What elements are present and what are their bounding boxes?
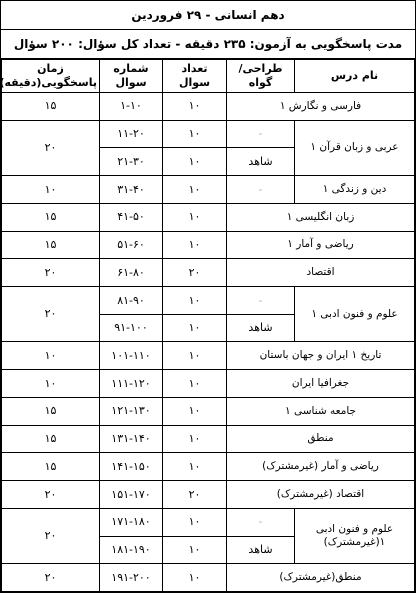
course-name-cell: زبان انگلیسی ۱: [227, 203, 415, 231]
answer-time-cell: ۱۵: [2, 203, 100, 231]
question-range-cell: ۱۲۱-۱۳۰: [100, 397, 163, 425]
table-row: علوم و فنون ادبی ۱(غیرمشترک)-۱۰۱۷۱-۱۸۰۲۰: [2, 508, 415, 536]
question-count-cell: ۱۰: [163, 536, 227, 564]
designer-witness-cell: -: [227, 176, 295, 204]
course-name-cell: جامعه شناسی ۱: [227, 397, 415, 425]
exam-subtitle: مدت پاسخگویی به آزمون: ۲۳۵ دقیقه - تعداد…: [1, 30, 415, 59]
question-range-cell: ۱۳۱-۱۴۰: [100, 425, 163, 453]
question-range-cell: ۱۵۱-۱۷۰: [100, 481, 163, 509]
question-range-cell: ۶۱-۸۰: [100, 259, 163, 287]
course-name-cell: عربی و زبان قرآن ۱: [295, 120, 415, 175]
designer-witness-cell: شاهد: [227, 314, 295, 342]
question-range-cell: ۵۱-۶۰: [100, 231, 163, 259]
course-name-cell: ریاضی و آمار (غیرمشترک): [227, 453, 415, 481]
answer-time-cell: ۱۰: [2, 176, 100, 204]
question-range-cell: ۴۱-۵۰: [100, 203, 163, 231]
table-row: علوم و فنون ادبی ۱-۱۰۸۱-۹۰۲۰: [2, 287, 415, 315]
question-count-cell: ۱۰: [163, 148, 227, 176]
course-name-cell: منطق: [227, 425, 415, 453]
table-row: دین و زندگی ۱-۱۰۳۱-۴۰۱۰: [2, 176, 415, 204]
table-row: اقتصاد۲۰۶۱-۸۰۲۰: [2, 259, 415, 287]
table-row: عربی و زبان قرآن ۱-۱۰۱۱-۲۰۲۰: [2, 120, 415, 148]
exam-schedule-table: نام درس طراحی/گواه تعداد سوال شماره سوال…: [1, 59, 415, 592]
header-question-number: شماره سوال: [100, 60, 163, 93]
answer-time-cell: ۱۵: [2, 397, 100, 425]
question-range-cell: ۳۱-۴۰: [100, 176, 163, 204]
question-range-cell: ۱۰۱-۱۱۰: [100, 342, 163, 370]
header-designer-witness: طراحی/گواه: [227, 60, 295, 93]
question-count-cell: ۱۰: [163, 176, 227, 204]
answer-time-cell: ۱۵: [2, 425, 100, 453]
course-name-cell: علوم و فنون ادبی ۱(غیرمشترک): [295, 508, 415, 563]
designer-witness-cell: -: [227, 287, 295, 315]
answer-time-cell: ۱۵: [2, 231, 100, 259]
table-row: جامعه شناسی ۱۱۰۱۲۱-۱۳۰۱۵: [2, 397, 415, 425]
course-name-cell: اقتصاد: [227, 259, 415, 287]
table-row: منطق۱۰۱۳۱-۱۴۰۱۵: [2, 425, 415, 453]
question-count-cell: ۱۰: [163, 564, 227, 592]
question-range-cell: ۱۱۱-۱۲۰: [100, 370, 163, 398]
course-name-cell: ریاضی و آمار ۱: [227, 231, 415, 259]
question-count-cell: ۱۰: [163, 93, 227, 121]
question-count-cell: ۲۰: [163, 481, 227, 509]
answer-time-cell: ۲۰: [2, 564, 100, 592]
question-count-cell: ۱۰: [163, 314, 227, 342]
designer-witness-cell: -: [227, 508, 295, 536]
question-count-cell: ۱۰: [163, 287, 227, 315]
course-name-cell: تاریخ ۱ ایران و جهان باستان: [227, 342, 415, 370]
course-name-cell: فارسی و نگارش ۱: [227, 93, 415, 121]
table-row: تاریخ ۱ ایران و جهان باستان۱۰۱۰۱-۱۱۰۱۰: [2, 342, 415, 370]
table-row: اقتصاد (غیرمشترک)۲۰۱۵۱-۱۷۰۲۰: [2, 481, 415, 509]
question-count-cell: ۱۰: [163, 342, 227, 370]
question-range-cell: ۱۸۱-۱۹۰: [100, 536, 163, 564]
answer-time-cell: ۱۵: [2, 453, 100, 481]
exam-schedule-sheet: دهم انسانی - ۲۹ فروردین مدت پاسخگویی به …: [0, 0, 416, 593]
question-count-cell: ۱۰: [163, 453, 227, 481]
question-count-cell: ۱۰: [163, 370, 227, 398]
answer-time-cell: ۲۰: [2, 508, 100, 563]
designer-witness-cell: شاهد: [227, 148, 295, 176]
answer-time-cell: ۲۰: [2, 120, 100, 175]
designer-witness-cell: شاهد: [227, 536, 295, 564]
answer-time-cell: ۱۰: [2, 342, 100, 370]
question-range-cell: ۱۹۱-۲۰۰: [100, 564, 163, 592]
answer-time-cell: ۱۵: [2, 93, 100, 121]
answer-time-cell: ۲۰: [2, 259, 100, 287]
question-count-cell: ۱۰: [163, 508, 227, 536]
table-row: زبان انگلیسی ۱۱۰۴۱-۵۰۱۵: [2, 203, 415, 231]
question-count-cell: ۱۰: [163, 425, 227, 453]
course-name-cell: علوم و فنون ادبی ۱: [295, 287, 415, 342]
table-row: ریاضی و آمار ۱۱۰۵۱-۶۰۱۵: [2, 231, 415, 259]
question-range-cell: ۸۱-۹۰: [100, 287, 163, 315]
question-count-cell: ۱۰: [163, 231, 227, 259]
course-name-cell: جغرافیا ایران: [227, 370, 415, 398]
question-count-cell: ۲۰: [163, 259, 227, 287]
table-row: فارسی و نگارش ۱۱۰۱-۱۰۱۵: [2, 93, 415, 121]
table-row: ریاضی و آمار (غیرمشترک)۱۰۱۴۱-۱۵۰۱۵: [2, 453, 415, 481]
table-header-row: نام درس طراحی/گواه تعداد سوال شماره سوال…: [2, 60, 415, 93]
table-row: جغرافیا ایران۱۰۱۱۱-۱۲۰۱۰: [2, 370, 415, 398]
question-range-cell: ۹۱-۱۰۰: [100, 314, 163, 342]
answer-time-cell: ۱۰: [2, 370, 100, 398]
header-course-name: نام درس: [295, 60, 415, 93]
header-answer-time: زمان پاسخگویی(دقیقه): [2, 60, 100, 93]
course-table-body: فارسی و نگارش ۱۱۰۱-۱۰۱۵عربی و زبان قرآن …: [2, 93, 415, 592]
question-count-cell: ۱۰: [163, 397, 227, 425]
question-range-cell: ۱۷۱-۱۸۰: [100, 508, 163, 536]
course-name-cell: منطق(غیرمشترک): [227, 564, 415, 592]
course-name-cell: دین و زندگی ۱: [295, 176, 415, 204]
question-count-cell: ۱۰: [163, 120, 227, 148]
question-range-cell: ۲۱-۳۰: [100, 148, 163, 176]
answer-time-cell: ۲۰: [2, 481, 100, 509]
header-question-count: تعداد سوال: [163, 60, 227, 93]
exam-title: دهم انسانی - ۲۹ فروردین: [1, 1, 415, 30]
course-name-cell: اقتصاد (غیرمشترک): [227, 481, 415, 509]
question-range-cell: ۱۴۱-۱۵۰: [100, 453, 163, 481]
designer-witness-cell: -: [227, 120, 295, 148]
question-count-cell: ۱۰: [163, 203, 227, 231]
question-range-cell: ۱-۱۰: [100, 93, 163, 121]
question-range-cell: ۱۱-۲۰: [100, 120, 163, 148]
answer-time-cell: ۲۰: [2, 287, 100, 342]
table-row: منطق(غیرمشترک)۱۰۱۹۱-۲۰۰۲۰: [2, 564, 415, 592]
